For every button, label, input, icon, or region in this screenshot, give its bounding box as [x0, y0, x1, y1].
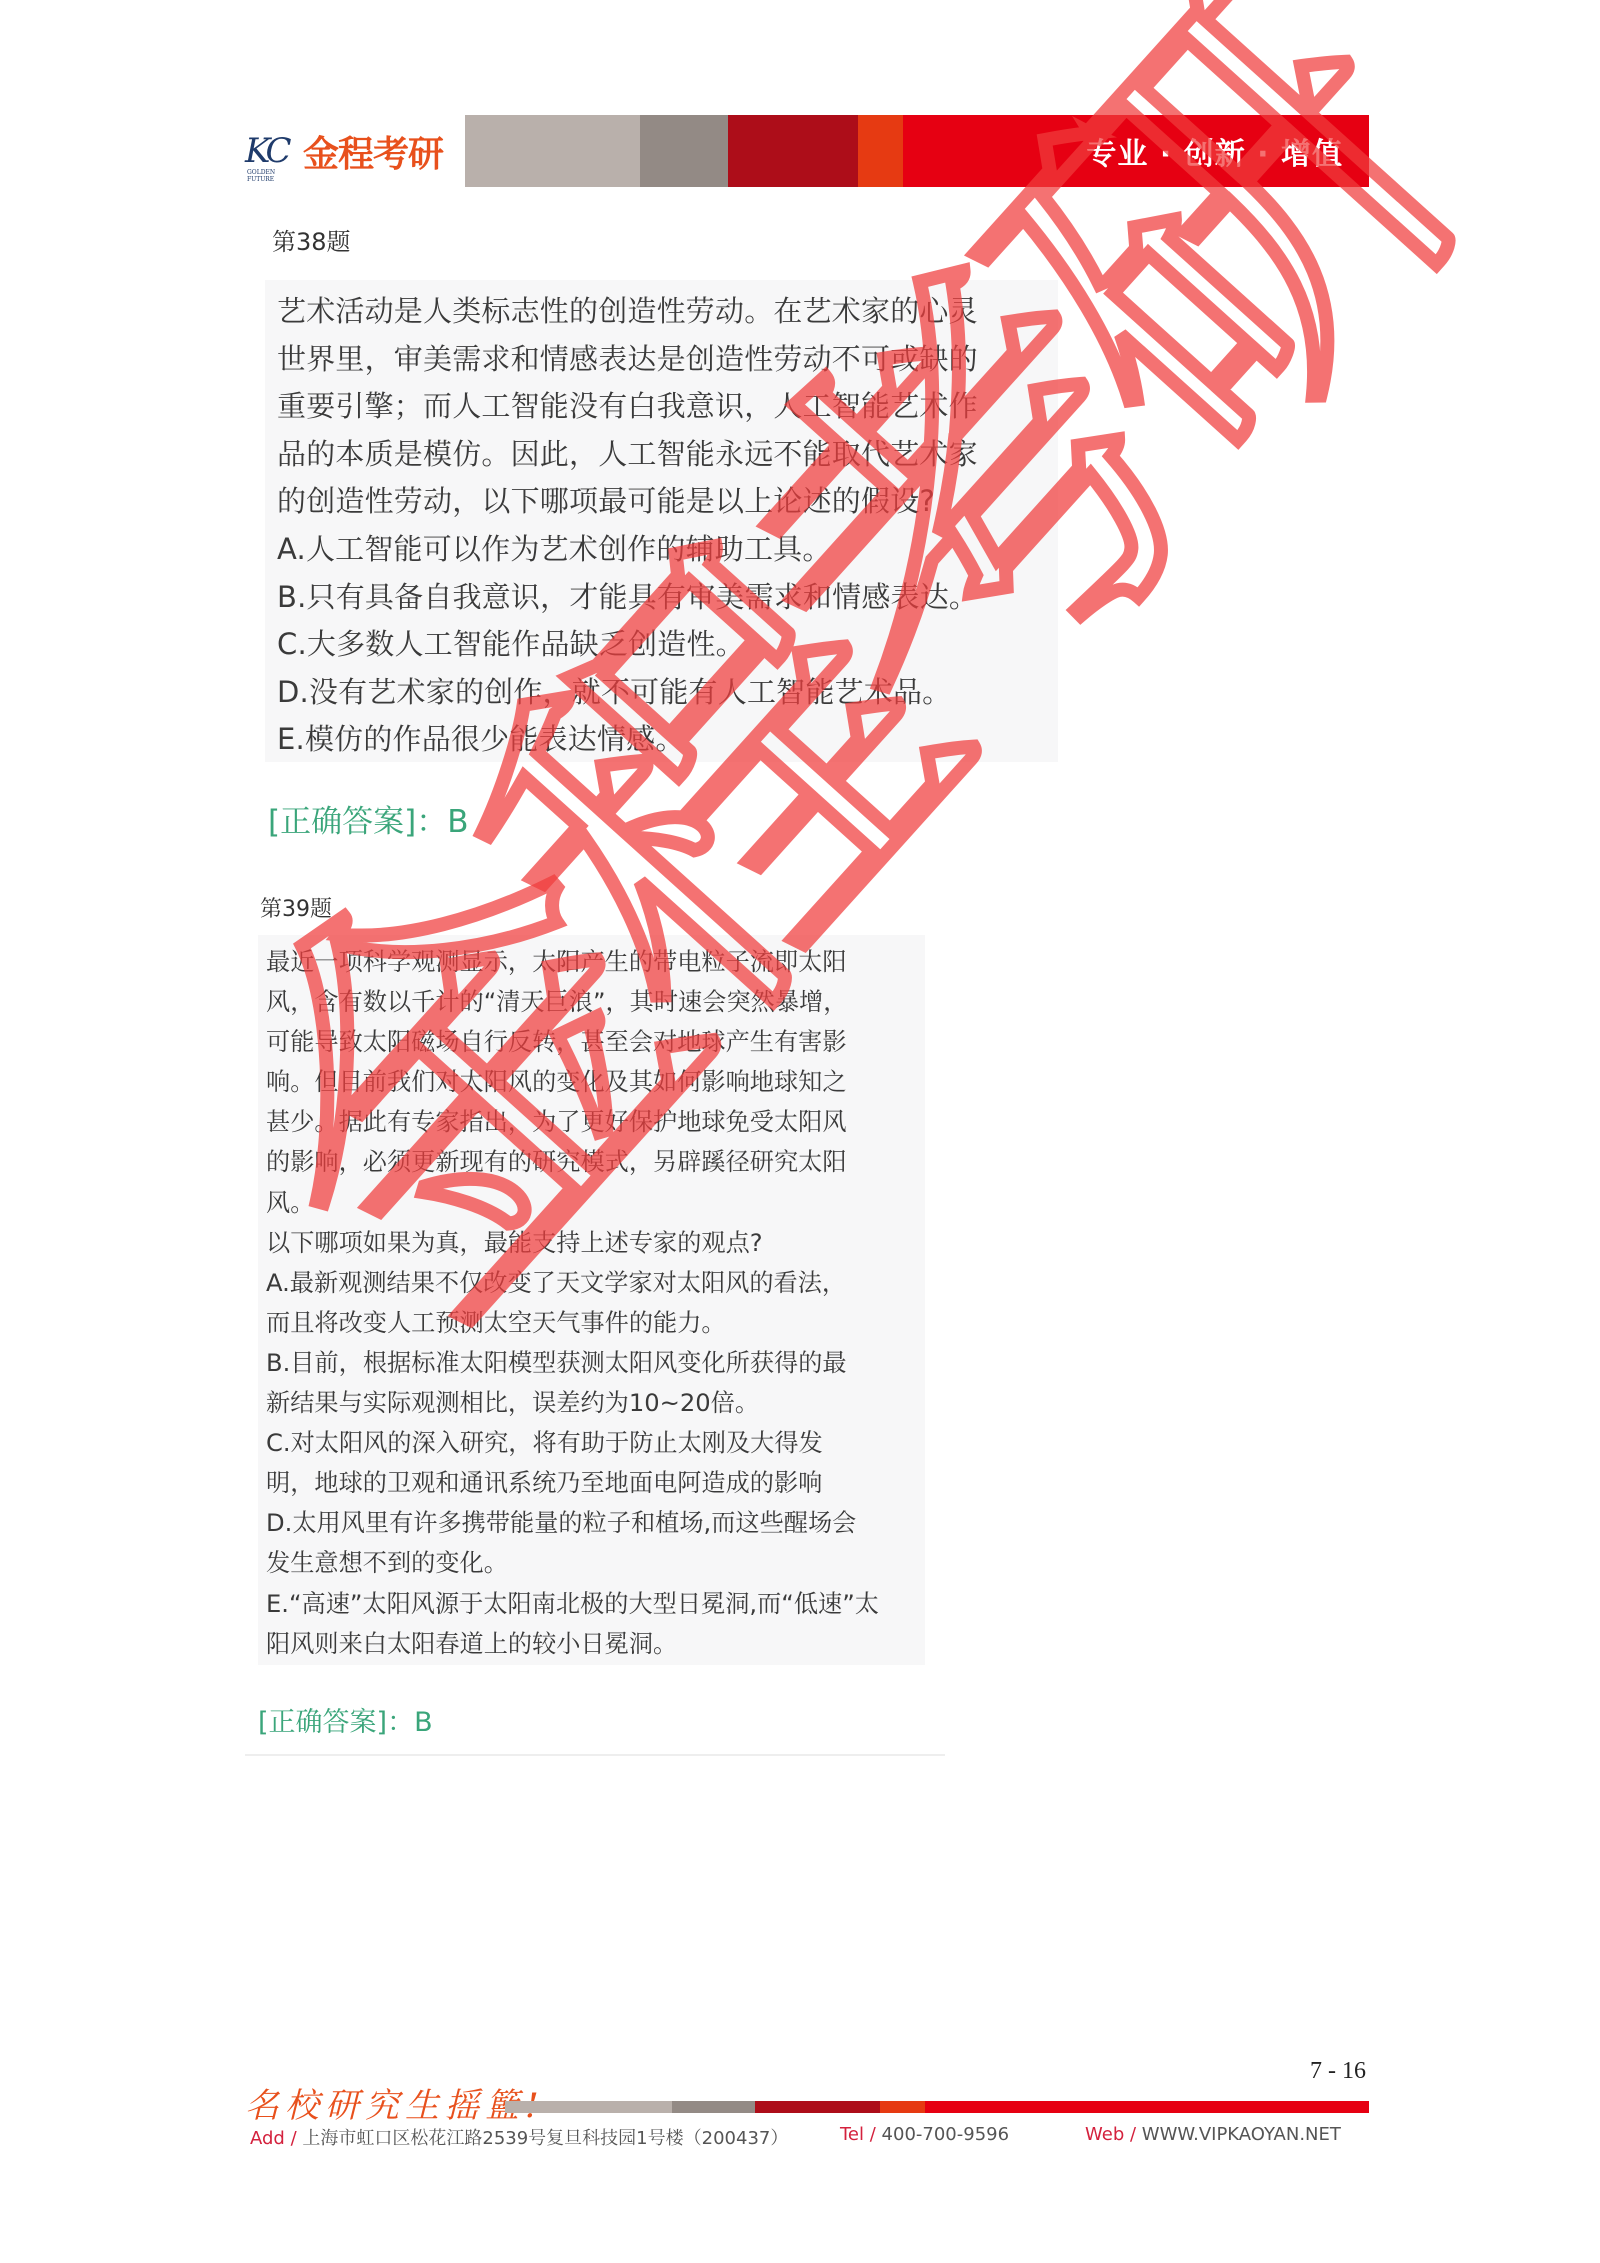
header-band-light-gray [465, 115, 640, 187]
section-divider [245, 1754, 945, 1756]
footer-address: Add / 上海市虹口区松花江路2539号复旦科技园1号楼（200437） [250, 2124, 788, 2150]
question-text-line: 甚少。据此有专家指出，为了更好保护地球免受太阳风 [266, 1102, 917, 1142]
header-slogan: 专业 · 创新 · 增值 [1086, 129, 1369, 173]
question-39-answer: [正确答案]：B [258, 1700, 433, 1739]
option-a-cont: 而且将改变人工预测太空天气事件的能力。 [266, 1303, 917, 1343]
question-text-line: 的影响，必须更新现有的研究模式，另辟蹊径研究太阳 [266, 1142, 917, 1182]
footer-band-light-gray [505, 2101, 672, 2113]
option-e: E.“高速”太阳风源于太阳南北极的大型日冕洞,而“低速”太 [266, 1584, 917, 1624]
footer-band-gray [672, 2101, 755, 2113]
question-text-line: 响。但目前我们对太阳风的变化及其如何影响地球知之 [266, 1062, 917, 1102]
web-label: Web / [1085, 2124, 1136, 2145]
question-text-line: 重要引擎；而人工智能没有白我意识，人工智能艺术作 [277, 383, 1048, 431]
header-band-red: 专业 · 创新 · 增值 [903, 115, 1369, 187]
kc-logo-mark-icon: KC GOLDEN FUTURE [245, 131, 303, 171]
option-b-cont: 新结果与实际观测相比，误差约为10~20倍。 [266, 1383, 917, 1423]
question-38-answer: [正确答案]：B [268, 796, 468, 841]
footer-band-orange [880, 2101, 925, 2113]
logo-text: 金程考研 [303, 126, 443, 177]
question-text-line: 品的本质是模仿。因此，人工智能永远不能取代艺术家 [277, 431, 1048, 479]
option-e: E.模仿的作品很少能表达情感。 [277, 716, 1048, 764]
footer-telephone: Tel / 400-700-9596 [840, 2124, 1009, 2145]
option-d-cont: 发生意想不到的变化。 [266, 1543, 917, 1583]
option-d: D.没有艺术家的创作，就不可能有人工智能艺术品。 [277, 669, 1048, 717]
footer-band-red [925, 2101, 1369, 2113]
tel-value: 400-700-9596 [882, 2124, 1010, 2145]
question-text-line: 风。 [266, 1183, 917, 1223]
question-text-line: 风，含有数以千计的“清天巨浪”，其时速会突然暴增， [266, 982, 917, 1022]
footer-website: Web / WWW.VIPKAOYAN.NET [1085, 2124, 1341, 2145]
option-c-cont: 明，地球的卫观和通讯系统乃至地面电阿造成的影响 [266, 1463, 917, 1503]
address-value: 上海市虹口区松花江路2539号复旦科技园1号楼（200437） [302, 2128, 788, 2149]
option-c: C.大多数人工智能作品缺乏创造性。 [277, 621, 1048, 669]
footer-band-dark-red [755, 2101, 880, 2113]
header-band-orange [858, 115, 903, 187]
question-38-number: 第38题 [272, 222, 351, 257]
logo-mark-subtext: GOLDEN FUTURE [247, 169, 303, 183]
option-a: A.人工智能可以作为艺术创作的辅助工具。 [277, 526, 1048, 574]
tel-label: Tel / [840, 2124, 876, 2145]
option-a: A.最新观测结果不仅改变了天文学家对太阳风的看法， [266, 1263, 917, 1303]
brand-logo: KC GOLDEN FUTURE 金程考研 [245, 115, 467, 187]
logo-mark-text: KC [245, 131, 288, 171]
option-e-cont: 阳风则来白太阳春道上的较小日冕洞。 [266, 1624, 917, 1664]
footer-slogan: 名校研究生摇籃! [245, 2078, 545, 2127]
header-band-gray [640, 115, 728, 187]
question-text-line: 最近一项科学观测显示，太阳产生的带电粒子流即太阳 [266, 942, 917, 982]
question-text-line: 的创造性劳动，以下哪项最可能是以上论述的假设? [277, 478, 1048, 526]
question-text-line: 可能导致太阳磁场自行反转，甚至会对地球产生有害影 [266, 1022, 917, 1062]
question-38-body: 艺术活动是人类标志性的创造性劳动。在艺术家的心灵 世界里，审美需求和情感表达是创… [265, 280, 1058, 762]
option-b: B.目前，根据标准太阳模型获测太阳风变化所获得的最 [266, 1343, 917, 1383]
question-39-number: 第39题 [260, 892, 332, 923]
page-header: KC GOLDEN FUTURE 金程考研 专业 · 创新 · 增值 [245, 115, 1369, 187]
question-prompt: 以下哪项如果为真，最能支持上述专家的观点? [266, 1223, 917, 1263]
address-label: Add / [250, 2128, 297, 2149]
option-b: B.只有具备自我意识，才能具有审美需求和情感表达。 [277, 574, 1048, 622]
page-number: 7 - 16 [1310, 2058, 1366, 2085]
web-value: WWW.VIPKAOYAN.NET [1142, 2124, 1341, 2145]
question-text-line: 艺术活动是人类标志性的创造性劳动。在艺术家的心灵 [277, 288, 1048, 336]
option-c: C.对太阳风的深入研究，将有助于防止太刚及大得发 [266, 1423, 917, 1463]
question-text-line: 世界里，审美需求和情感表达是创造性劳动不可或缺的 [277, 336, 1048, 384]
question-39-body: 最近一项科学观测显示，太阳产生的带电粒子流即太阳 风，含有数以千计的“清天巨浪”… [258, 935, 925, 1665]
option-d: D.太用风里有许多携带能量的粒子和植场,而这些醒场会 [266, 1503, 917, 1543]
header-band-dark-red [728, 115, 858, 187]
